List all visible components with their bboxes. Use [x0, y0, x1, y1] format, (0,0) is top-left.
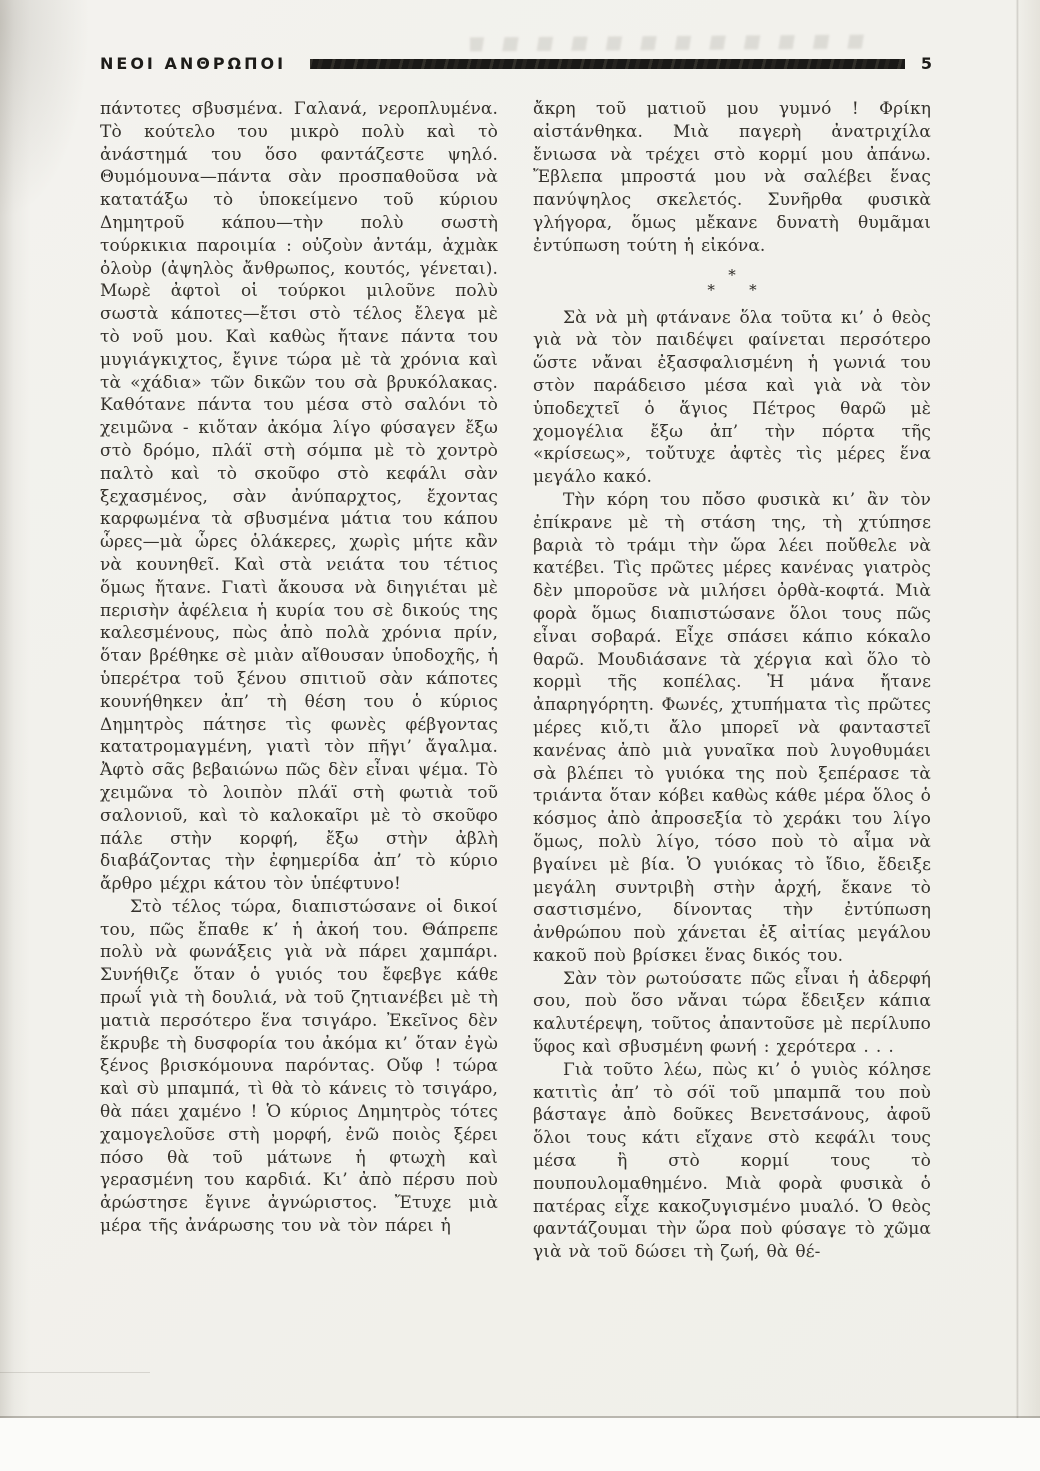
scan-smudge	[470, 35, 870, 52]
paragraph: Σὰ νὰ μὴ φτάνανε ὅλα τοῦτα κι’ ὁ θεὸς γι…	[533, 307, 931, 489]
scan-crease-line	[0, 1372, 150, 1373]
paragraph: Τὴν κόρη του πὄσο φυσικὰ κι’ ἂν τὸν ἐπίκ…	[533, 489, 931, 968]
page-fold-line	[1016, 0, 1019, 1418]
page-number: 5	[921, 54, 932, 73]
right-column: ἄκρη τοῦ ματιοῦ μου γυμνό ! Φρίκη αἰστάν…	[533, 98, 931, 1264]
two-column-text-block: πάντοτες σβυσμένα. Γαλανά, νεροπλυμένα. …	[100, 98, 932, 1264]
header-rule-bar	[310, 59, 905, 69]
asterism-section-divider: * * *	[533, 258, 931, 307]
paragraph: πάντοτες σβυσμένα. Γαλανά, νεροπλυμένα. …	[100, 98, 498, 896]
scanned-magazine-page: ΝΕΟΙ ΑΝΘΡΩΠΟΙ 5 πάντοτες σβυσμένα. Γαλαν…	[0, 0, 1040, 1471]
scan-corner-shading	[0, 0, 90, 220]
paragraph: ἄκρη τοῦ ματιοῦ μου γυμνό ! Φρίκη αἰστάν…	[533, 98, 931, 258]
paragraph: Στὸ τέλος τώρα, διαπιστώσανε οἱ δικοί το…	[100, 896, 498, 1238]
asterism-bottom-stars: * *	[533, 283, 931, 298]
magazine-title: ΝΕΟΙ ΑΝΘΡΩΠΟΙ	[100, 54, 286, 73]
left-column: πάντοτες σβυσμένα. Γαλανά, νεροπλυμένα. …	[100, 98, 498, 1264]
paragraph: Γιὰ τοῦτο λέω, πὼς κι’ ὁ γυιὸς κόλησε κα…	[533, 1059, 931, 1264]
page-header: ΝΕΟΙ ΑΝΘΡΩΠΟΙ 5	[100, 54, 932, 73]
paragraph: Σὰν τὸν ρωτούσατε πῶς εἶναι ἡ ἀδερφή σου…	[533, 968, 931, 1059]
page-bottom-edge	[0, 1416, 1040, 1418]
